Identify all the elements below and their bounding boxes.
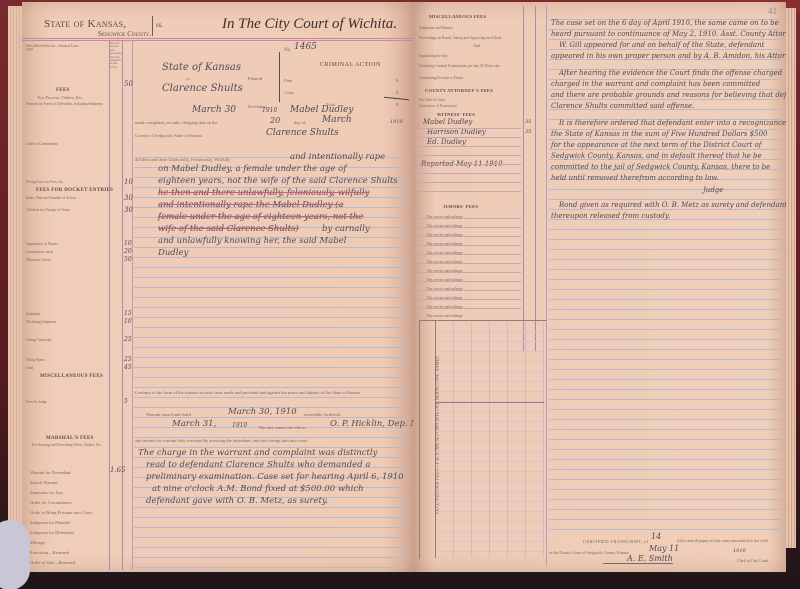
warrant-date: March 30, 1910 (228, 407, 297, 417)
proceeding-line: Sedgwick County, Kansas, and in default … (551, 151, 762, 162)
marshal-entry: Summons for Jury (30, 490, 63, 495)
witness-fee: 35 (525, 119, 531, 125)
proceeding-line: held until removed therefrom according t… (551, 173, 719, 184)
judge-signature: Judge (703, 186, 723, 194)
proceeding-line: After hearing the evidence the Court fin… (559, 68, 782, 79)
witness-fee: 35 (525, 129, 531, 135)
fee-entry: Fees for Judge (26, 400, 106, 404)
fee-entry: Index, Title and Number of Action (26, 196, 106, 200)
certified-year: 1910 (733, 548, 746, 554)
fee-value: 10 (124, 318, 132, 325)
marshal-entry: Warrant for Defendant (30, 470, 71, 475)
district-text: of the District Court of Sedgwick County… (549, 550, 630, 555)
holding-thumb (0, 520, 30, 589)
proceeding-line: charged in the warrant and complaint has… (551, 79, 760, 90)
header-rule-2 (22, 40, 413, 41)
fee-allowance-note: Fees allowed by law—Session Laws 1907 (26, 44, 86, 53)
fee-entry: Total (26, 366, 106, 370)
header-ss: ss. (156, 21, 163, 29)
proceeding-line: It is therefore ordered that defendant e… (559, 118, 786, 129)
fee-value: 20 (124, 248, 132, 255)
action-type: CRIMINAL ACTION (320, 62, 381, 68)
juror-row: Day service and mileage (427, 305, 462, 309)
proceeding-line: and there are probable grounds and reaso… (551, 90, 786, 101)
county-attorney-title: COUNTY ATTORNEY'S FEES (425, 88, 493, 93)
marshal-entry: Search Warrant (30, 480, 58, 485)
juror-row: Day service and mileage (427, 242, 462, 246)
fee-entry: Judgment (26, 312, 106, 316)
fee-value: 5 (124, 398, 128, 405)
offense-day: 20 (270, 116, 280, 125)
charge-tail: and unlawfully knowing her, the said Mab… (158, 236, 347, 246)
struck-line: he then and there unlawfully, feloniousl… (158, 188, 369, 198)
complainant-name: Mabel Dudley (290, 105, 353, 115)
received-grid (436, 322, 544, 558)
return-year: 1910 (232, 422, 247, 429)
right-page: 41 MISCELLANEOUS FEES Subpoenas and Retu… (413, 2, 786, 572)
defendant-name: Clarence Shults (162, 83, 243, 94)
juror-row: Day service and mileage (427, 269, 462, 273)
fee-value: 10 (124, 240, 132, 247)
juror-row: Day service and mileage (427, 215, 462, 219)
misc-entry: Proceedings on Bonds, Taking and Approvi… (419, 36, 501, 40)
fee-entry: Giving Transcript (26, 338, 106, 342)
clerk-label: Clerk of City Court. (737, 558, 769, 563)
misc-entry: Subpoenas and Returns (419, 26, 453, 30)
return-text: This day comes the officer (258, 425, 306, 430)
fee-value: 15 (124, 310, 132, 317)
stub-col-line-2 (122, 40, 123, 570)
return-date: March 31, (172, 419, 216, 429)
offense-year: 1910 (390, 119, 403, 125)
fee-entry: Appearance of Parties (26, 242, 106, 246)
certified-date: May 11 (649, 544, 679, 553)
statute-text: Contrary to the form of the statutes in … (135, 388, 407, 397)
juror-row: Day service and mileage (427, 287, 462, 291)
costs-label: Costs (284, 90, 294, 95)
fee-entry: Docketing Judgment (26, 320, 106, 324)
fee-column-header: Fees for actions and necessary services … (110, 42, 122, 69)
marshal-entry: Subpoena for Plaintiff (30, 520, 70, 525)
total-dollar: $ (396, 102, 398, 107)
fee-entry: Warrant for Arrest of Defendant, includi… (26, 102, 106, 106)
charge-line: on Mabel Dudley, a female under the age … (158, 164, 346, 174)
fee-value: 25 (124, 336, 132, 343)
marshal-value: 1.65 (110, 466, 126, 474)
fees-section-title: FEES (56, 88, 70, 93)
day-of-label: day of (294, 120, 305, 125)
charge-tail: by carnally (322, 224, 370, 234)
proceeding-line: defendant gave with O. B. Metz, as suret… (146, 496, 328, 506)
complaint-year: 1910 (262, 107, 277, 114)
juror-row: Day service and mileage (427, 278, 462, 282)
fee-value: 10 (124, 178, 133, 186)
complaint-text: made complaint, on oath, charging that o… (135, 120, 218, 125)
costs-dollar: $ (396, 90, 398, 95)
fee-value: 30 (124, 194, 133, 202)
docket-fees-title: FEES FOR DOCKET ENTRIES (36, 188, 113, 193)
fee-entry: Continuance, each (26, 250, 106, 254)
fee-value: 30 (124, 206, 133, 214)
costs-stroke (384, 97, 409, 101)
juror-row: Day service and mileage (427, 260, 462, 264)
fee-value: 25 (124, 356, 132, 363)
proceeding-line: the State of Kansas in the sum of Five H… (551, 129, 768, 140)
fee-value: 45 (124, 364, 132, 371)
county-atty-entry: For Trial of Cause (419, 98, 445, 102)
proceeding-line: thereupon released from custody. (551, 211, 670, 222)
marshal-entry: Subpoena for Defendant (30, 530, 74, 535)
fee-entry: Fixing Fines for Fees, etc. (26, 180, 106, 184)
fee-entry: Witnesses Sworn (26, 258, 106, 262)
stub-col-line-1 (109, 40, 110, 570)
offense-month: March (322, 115, 352, 125)
fees-section-subtitle: For Process, Orders, Etc. (38, 95, 83, 100)
officer-name: O. P. Hicklin, Dep. Mar. (330, 419, 413, 429)
plaintiff-label: Plaintiff (248, 76, 263, 81)
header-rule (22, 38, 413, 39)
proceeding-line: appeared in his own proper person and by… (551, 51, 786, 62)
struck-line: female under the age of eighteen years, … (158, 212, 363, 222)
juror-row: Day service and mileage (427, 314, 462, 318)
warrant-label: Warrant issued and dated (146, 412, 191, 417)
marshal-entry: Order to Bring Prisoner into Court (30, 510, 92, 515)
folios-count: 14 (651, 532, 661, 541)
accused-name: Clarence Shults (266, 128, 339, 138)
juror-row: Day service and mileage (427, 233, 462, 237)
proceeding-line: for the appearance at the next term of t… (551, 140, 761, 151)
signature-line (603, 563, 673, 564)
misc-entry: Committing Prisoner to Prison (419, 76, 463, 80)
complaint-date: March 30 (192, 105, 236, 115)
court-title: In The City Court of Wichita. (222, 16, 397, 33)
fine-label: Fine (284, 78, 292, 83)
brace-divider (152, 16, 153, 36)
fee-entry: Filing Papers (26, 358, 106, 362)
charge-tail: Dudley (158, 248, 188, 258)
received-box-rule (436, 402, 544, 403)
fee-entry: Affidavit for Change of Venue (26, 208, 106, 212)
juror-row: Day service and mileage (427, 224, 462, 228)
proceeding-line: committed to the jail of Sedgwick County… (551, 162, 770, 173)
open-ledger: State of Kansas, Sedgwick County. ss. In… (8, 2, 798, 572)
left-page: State of Kansas, Sedgwick County. ss. In… (22, 2, 413, 572)
witness-fees-title: WITNESS' FEES (437, 112, 475, 117)
struck-line: and intentionally rape the Mabel Dudley … (158, 200, 344, 210)
certified-text: folios and all papers in this cause tran… (677, 538, 768, 543)
fee-value: 50 (124, 256, 132, 263)
juror-row: Day service and mileage (427, 296, 462, 300)
right-page-edges (786, 8, 796, 548)
plaintiff-name: State of Kansas (162, 62, 241, 73)
charge-line: eighteen years, not the wife of the said… (158, 176, 398, 186)
misc-entry: Impaneling the Jury (419, 54, 448, 58)
stub-col-line-3 (546, 6, 547, 566)
proceeding-line: at nine o'clock A.M. Bond fixed at $500.… (152, 484, 364, 494)
proceeding-line: Clarence Shults committed said offense. (551, 101, 694, 112)
proceeding-line: Bond given as required with O. B. Metz a… (559, 200, 786, 211)
misc-entry: Total (473, 44, 480, 48)
marshal-entry: Order for Commitment (30, 500, 72, 505)
struck-line: wife of the said Clarence Shults) (158, 224, 299, 234)
marshal-fees-title: MARSHAL'S FEES (46, 436, 94, 441)
fine-dollar: $ (396, 78, 398, 83)
proceeding-line: preliminary examination. Case set for he… (146, 472, 404, 482)
marshal-fees-subtitle: For Serving and Executing Writs, Orders,… (32, 443, 102, 447)
misc-fees-title: MISCELLANEOUS FEES (429, 14, 486, 19)
caption-brace (279, 52, 280, 102)
header-state: State of Kansas, (44, 18, 126, 30)
proceeding-line: heard pursuant to continuance of May 2, … (551, 29, 786, 40)
marshal-entry: Mileage (30, 540, 45, 545)
misc-fees-title: MISCELLANEOUS FEES (40, 374, 103, 379)
proceeding-line: W. Gill appeared for and on behalf of th… (559, 40, 764, 51)
header-county: Sedgwick County. (98, 30, 151, 38)
fee-entry: Order of Commitment (26, 142, 106, 146)
certified-label: CERTIFIED TRANSCRIPT, of (583, 539, 648, 544)
marshal-entry: Order of Sale—Returned (30, 560, 75, 565)
misc-entry: Attending Criminal Examination, per day,… (419, 64, 500, 68)
case-number: 1465 (294, 42, 317, 52)
fee-value: 50 (124, 80, 133, 88)
charge-intro: did then and there Unlawfully, Felonious… (135, 157, 230, 162)
county-atty-entry: Conviction of Prosecution (419, 104, 457, 108)
jurors-fees-title: JURORS' FEES (443, 204, 478, 209)
witness-lines (417, 120, 521, 200)
return-tail: and returns his warrant duly executed by… (135, 438, 308, 443)
warrant-return: returnable forthwith. (304, 412, 341, 417)
stub-col-line-1 (523, 6, 524, 352)
stub-col-line-3 (132, 40, 133, 570)
case-no-label: No. (284, 48, 291, 53)
clerk-signature: A. E. Smith (627, 554, 673, 563)
proceeding-line: read to defendant Clarence Shults who de… (146, 460, 370, 470)
county-text: County of Sedgwick, State of Kansas (135, 133, 202, 138)
charge-line: and intentionally rape (290, 152, 385, 162)
juror-row: Day service and mileage (427, 251, 462, 255)
marshal-entry: Execution—Returned (30, 550, 69, 555)
stub-col-line-2 (535, 6, 536, 352)
proceeding-line: The charge in the warrant and complaint … (138, 448, 377, 458)
proceeding-line: The case set on the 6 day of April 1910,… (551, 18, 779, 29)
vs-label: vs. (186, 76, 191, 81)
